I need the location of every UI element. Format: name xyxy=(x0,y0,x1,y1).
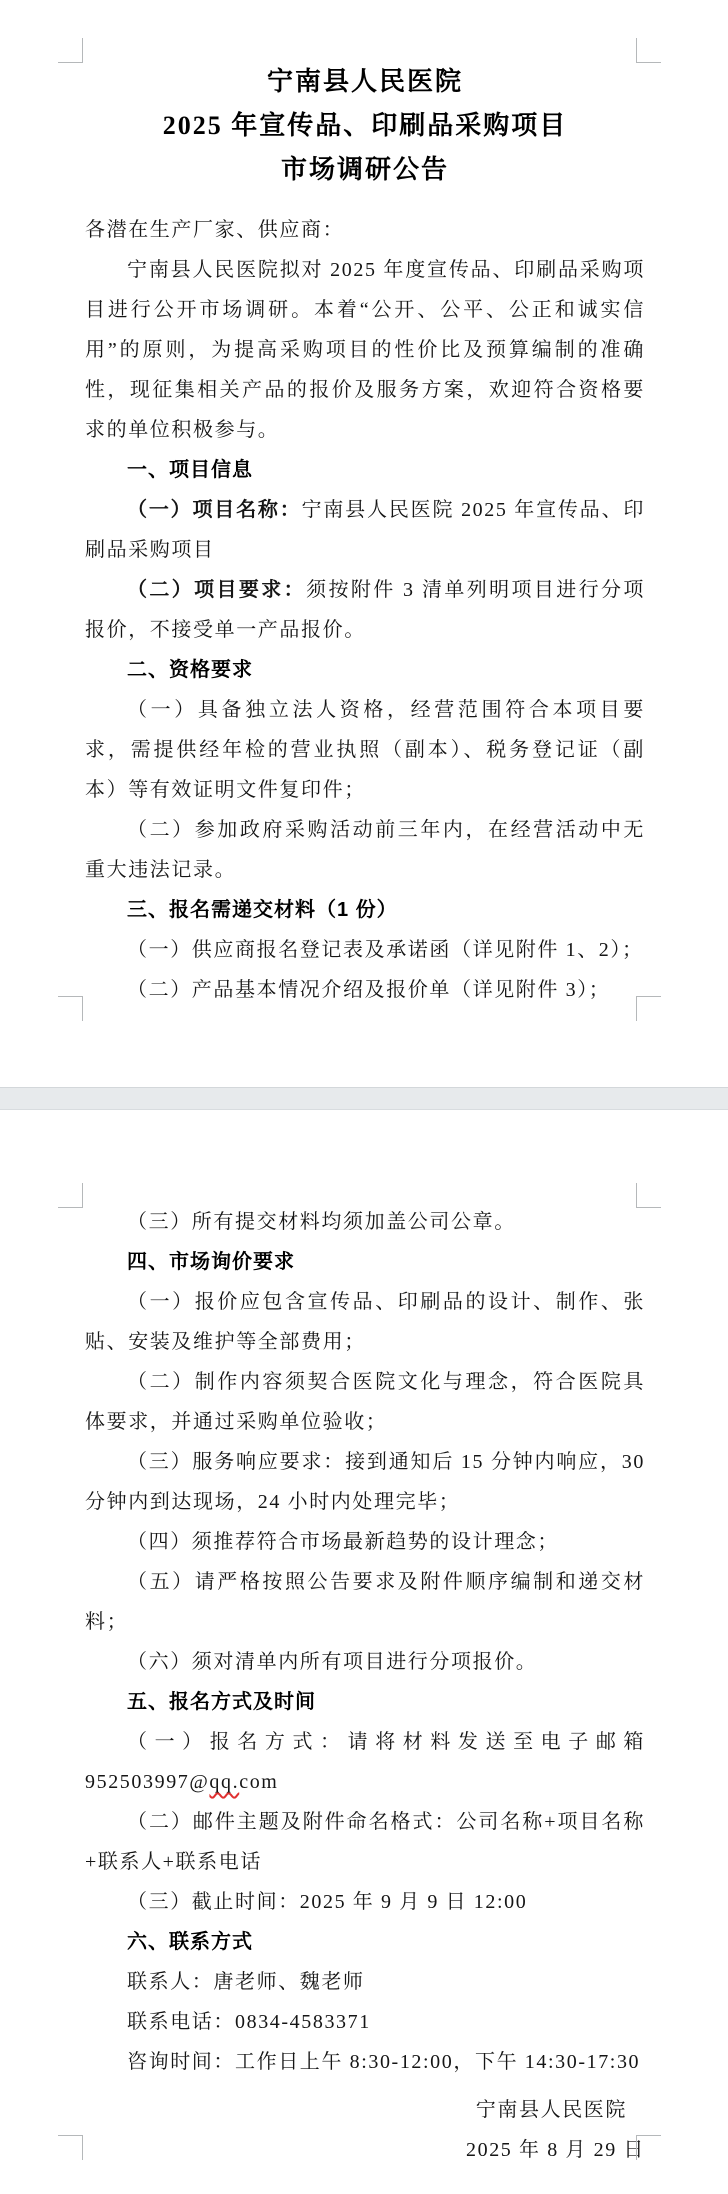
paragraph: （一）供应商报名登记表及承诺函（详见附件 1、2）； xyxy=(85,930,645,970)
paragraph: （一）报名方式：请将材料发送至电子邮箱 952503997@qq.com xyxy=(85,1722,645,1802)
paragraph: 宁南县人民医院拟对 2025 年度宣传品、印刷品采购项目进行公开市场调研。本着“… xyxy=(85,250,645,450)
section-heading: 一、项目信息 xyxy=(85,450,645,490)
paragraph: 各潜在生产厂家、供应商： xyxy=(85,210,645,250)
paragraph: （一）具备独立法人资格，经营范围符合本项目要求，需提供经年检的营业执照（副本）、… xyxy=(85,690,645,810)
section-heading: 六、联系方式 xyxy=(85,1922,645,1962)
section-heading: 五、报名方式及时间 xyxy=(85,1682,645,1722)
paragraph: （二）邮件主题及附件命名格式：公司名称+项目名称+联系人+联系电话 xyxy=(85,1802,645,1882)
document-title: 宁南县人民医院 2025 年宣传品、印刷品采购项目 市场调研公告 xyxy=(85,60,645,192)
page-1-content: 各潜在生产厂家、供应商：宁南县人民医院拟对 2025 年度宣传品、印刷品采购项目… xyxy=(85,210,645,1010)
margin-mark-bottom-right-icon xyxy=(636,2135,661,2160)
section-heading: 四、市场询价要求 xyxy=(85,1242,645,1282)
margin-mark-top-right-icon xyxy=(636,1183,661,1208)
paragraph: （二）产品基本情况介绍及报价单（详见附件 3）； xyxy=(85,970,645,1010)
section-heading: 二、资格要求 xyxy=(85,650,645,690)
page-separator xyxy=(0,1087,728,1110)
paragraph: （三）截止时间：2025 年 9 月 9 日 12:00 xyxy=(85,1882,645,1922)
margin-mark-top-right-icon xyxy=(636,38,661,63)
paragraph: （一）项目名称：宁南县人民医院 2025 年宣传品、印刷品采购项目 xyxy=(85,490,645,570)
paragraph: （二）参加政府采购活动前三年内，在经营活动中无重大违法记录。 xyxy=(85,810,645,890)
section-heading: 三、报名需递交材料（1 份） xyxy=(85,890,645,930)
spellcheck-underline: qq. xyxy=(209,1771,239,1793)
paragraph: 联系电话：0834-4583371 xyxy=(85,2002,645,2042)
paragraph: 联系人：唐老师、魏老师 xyxy=(85,1962,645,2002)
margin-mark-bottom-left-icon xyxy=(58,996,83,1021)
page-2-content: （三）所有提交材料均须加盖公司公章。四、市场询价要求（一）报价应包含宣传品、印刷… xyxy=(85,1202,645,2082)
page-2: （三）所有提交材料均须加盖公司公章。四、市场询价要求（一）报价应包含宣传品、印刷… xyxy=(0,1110,728,2194)
signature-block: 宁南县人民医院 2025 年 8 月 29 日 xyxy=(85,2090,645,2170)
signature-org: 宁南县人民医院 xyxy=(476,2099,627,2121)
paragraph: （四）须推荐符合市场最新趋势的设计理念； xyxy=(85,1522,645,1562)
document-canvas: 宁南县人民医院 2025 年宣传品、印刷品采购项目 市场调研公告 各潜在生产厂家… xyxy=(0,0,728,2194)
paragraph: （一）报价应包含宣传品、印刷品的设计、制作、张贴、安装及维护等全部费用； xyxy=(85,1282,645,1362)
title-line: 宁南县人民医院 xyxy=(85,60,645,104)
paragraph: （五）请严格按照公告要求及附件顺序编制和递交材料； xyxy=(85,1562,645,1642)
paragraph: （二）制作内容须契合医院文化与理念，符合医院具体要求，并通过采购单位验收； xyxy=(85,1362,645,1442)
title-line: 2025 年宣传品、印刷品采购项目 xyxy=(85,104,645,148)
signature-date: 2025 年 8 月 29 日 xyxy=(466,2139,645,2161)
paragraph: （六）须对清单内所有项目进行分项报价。 xyxy=(85,1642,645,1682)
margin-mark-top-left-icon xyxy=(58,1183,83,1208)
title-line: 市场调研公告 xyxy=(85,148,645,192)
margin-mark-bottom-left-icon xyxy=(58,2135,83,2160)
paragraph: 咨询时间：工作日上午 8:30-12:00，下午 14:30-17:30 xyxy=(85,2042,645,2082)
margin-mark-bottom-right-icon xyxy=(636,996,661,1021)
paragraph: （二）项目要求：须按附件 3 清单列明项目进行分项报价，不接受单一产品报价。 xyxy=(85,570,645,650)
paragraph: （三）所有提交材料均须加盖公司公章。 xyxy=(85,1202,645,1242)
paragraph: （三）服务响应要求：接到通知后 15 分钟内响应，30 分钟内到达现场，24 小… xyxy=(85,1442,645,1522)
margin-mark-top-left-icon xyxy=(58,38,83,63)
page-1: 宁南县人民医院 2025 年宣传品、印刷品采购项目 市场调研公告 各潜在生产厂家… xyxy=(0,0,728,1087)
